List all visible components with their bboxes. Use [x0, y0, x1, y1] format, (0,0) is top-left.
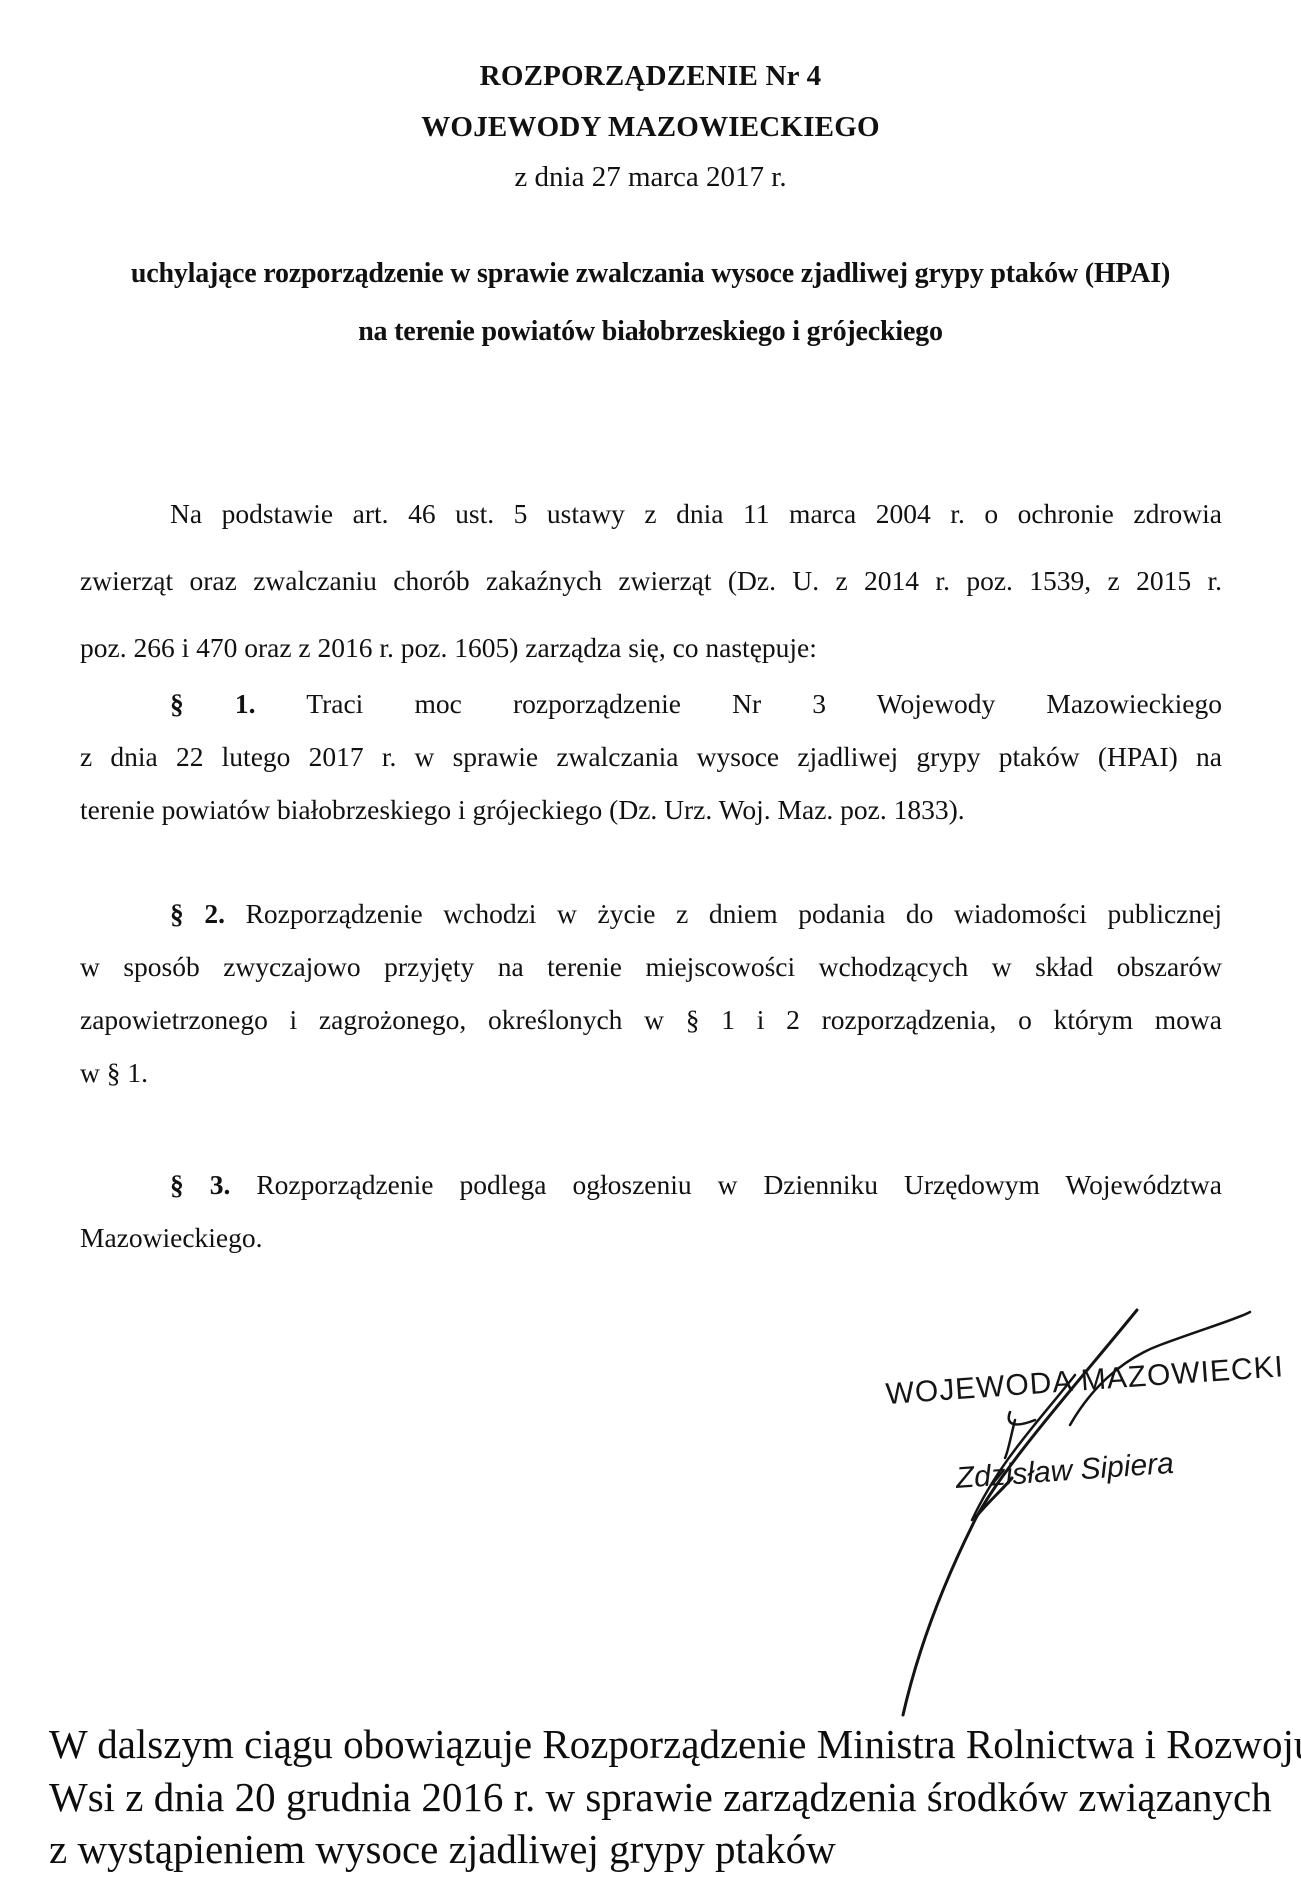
preamble-line: zwierząt oraz zwalczaniu chorób zakaźnyc…: [80, 547, 1222, 614]
section-line: § 3. Rozporządzenie podlega ogłoszeniu w…: [80, 1158, 1222, 1211]
section-1-paragraph: § 1. Traci moc rozporządzenie Nr 3 Wojew…: [80, 677, 1222, 836]
section-line: zapowietrzonego i zagrożonego, określony…: [80, 993, 1222, 1046]
section-line: § 1. Traci moc rozporządzenie Nr 3 Wojew…: [80, 677, 1222, 730]
section-marker: § 3.: [170, 1169, 230, 1200]
signature-stamp-title: WOJEWODA MAZOWIECKI: [885, 1350, 1285, 1412]
document-title: ROZPORZĄDZENIE Nr 4: [0, 60, 1301, 93]
footer-note-line: z wystąpieniem wysoce zjadliwej grypy pt…: [49, 1823, 1301, 1876]
document-date: z dnia 27 marca 2017 r.: [0, 161, 1301, 194]
section-line: § 2. Rozporządzenie wchodzi w życie z dn…: [80, 887, 1222, 940]
document-subject-line-2: na terenie powiatów białobrzeskiego i gr…: [0, 316, 1301, 348]
footer-note-line: Wsi z dnia 20 grudnia 2016 r. w sprawie …: [49, 1771, 1301, 1824]
preamble-paragraph: Na podstawie art. 46 ust. 5 ustawy z dni…: [80, 480, 1222, 681]
section-line: w § 1.: [80, 1046, 1222, 1099]
footer-note-line: W dalszym ciągu obowiązuje Rozporządzeni…: [49, 1718, 1301, 1771]
signature-stamp-name: Zdzisław Sipiera: [955, 1447, 1175, 1496]
section-marker: § 1.: [170, 688, 256, 719]
preamble-line: Na podstawie art. 46 ust. 5 ustawy z dni…: [80, 480, 1222, 547]
section-3-paragraph: § 3. Rozporządzenie podlega ogłoszeniu w…: [80, 1158, 1222, 1264]
section-marker: § 2.: [170, 898, 225, 929]
footer-note: W dalszym ciągu obowiązuje Rozporządzeni…: [49, 1718, 1301, 1876]
section-2-paragraph: § 2. Rozporządzenie wchodzi w życie z dn…: [80, 887, 1222, 1099]
section-line: Mazowieckiego.: [80, 1211, 1222, 1264]
section-line: w sposób zwyczajowo przyjęty na terenie …: [80, 940, 1222, 993]
section-line: z dnia 22 lutego 2017 r. w sprawie zwalc…: [80, 730, 1222, 783]
section-line: terenie powiatów białobrzeskiego i gróje…: [80, 783, 1222, 836]
document-subject-line-1: uchylające rozporządzenie w sprawie zwal…: [0, 258, 1301, 290]
preamble-line: poz. 266 i 470 oraz z 2016 r. poz. 1605)…: [80, 614, 1222, 681]
document-issuer: WOJEWODY MAZOWIECKIEGO: [0, 111, 1301, 144]
